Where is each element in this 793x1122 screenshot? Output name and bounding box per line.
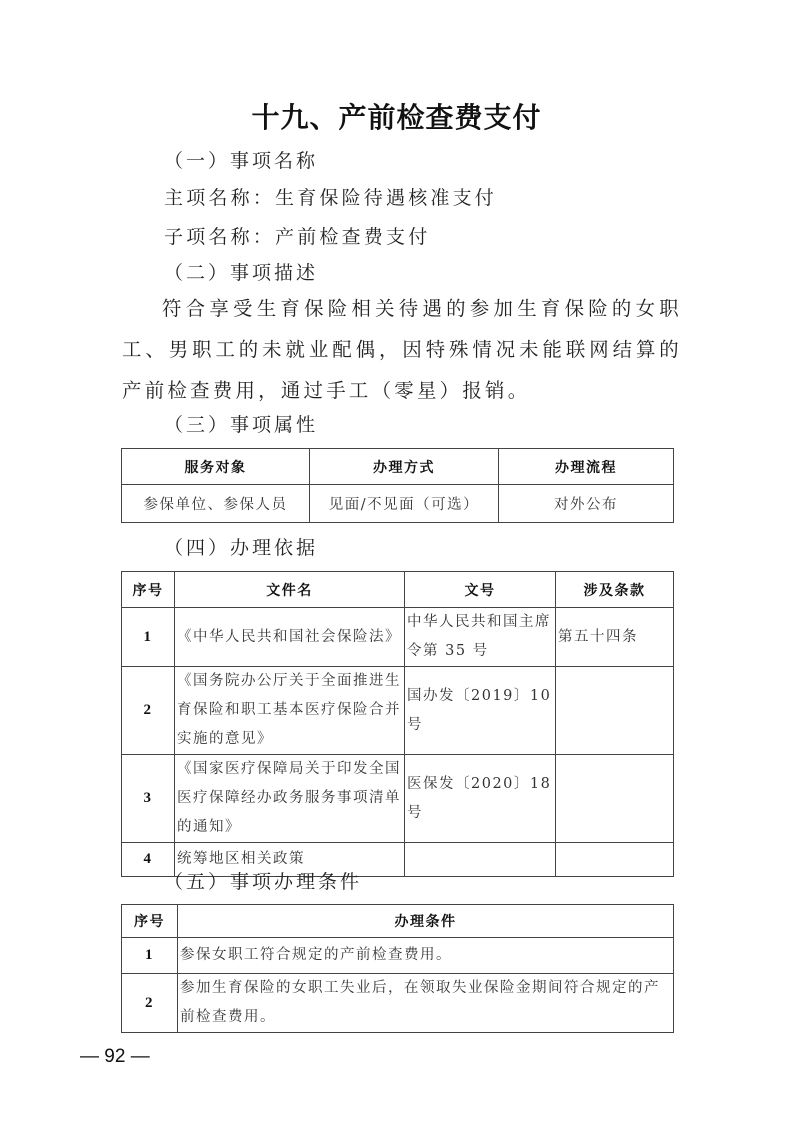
document-name: 《国家医疗保障局关于印发全国医疗保障经办政务服务事项清单的通知》: [175, 755, 405, 843]
section-heading-5: （五）事项办理条件: [164, 867, 362, 894]
table-header: 服务对象: [122, 449, 310, 485]
table-cell: 参保单位、参保人员: [122, 485, 310, 523]
clause: [556, 667, 674, 755]
table-row: 1 参保女职工符合规定的产前检查费用。: [122, 938, 674, 974]
document-number: 医保发〔2020〕18 号: [405, 755, 556, 843]
row-number: 3: [122, 755, 175, 843]
main-item-name: 主项名称：生育保险待遇核准支付: [164, 183, 497, 210]
table-header: 文件名: [175, 572, 405, 608]
condition-text: 参加生育保险的女职工失业后，在领取失业保险金期间符合规定的产前检查费用。: [178, 974, 674, 1033]
page-number: — 92 —: [80, 1046, 150, 1068]
table-header: 办理流程: [499, 449, 674, 485]
document-number: 国办发〔2019〕10 号: [405, 667, 556, 755]
table-header: 办理方式: [310, 449, 499, 485]
table-row: 2 《国务院办公厅关于全面推进生育保险和职工基本医疗保险合并实施的意见》 国办发…: [122, 667, 674, 755]
table-cell: 对外公布: [499, 485, 674, 523]
table-row: 参保单位、参保人员 见面/不见面（可选） 对外公布: [122, 485, 674, 523]
basis-table: 序号 文件名 文号 涉及条款 1 《中华人民共和国社会保险法》 中华人民共和国主…: [121, 571, 674, 877]
row-number: 2: [122, 667, 175, 755]
section-heading-2: （二）事项描述: [164, 258, 318, 285]
page-title: 十九、产前检查费支付: [0, 96, 793, 136]
table-header: 办理条件: [178, 905, 674, 938]
row-number: 1: [122, 938, 178, 974]
row-number: 2: [122, 974, 178, 1033]
clause: 第五十四条: [556, 608, 674, 667]
table-header: 序号: [122, 572, 175, 608]
section-heading-4: （四）办理依据: [164, 533, 318, 560]
attributes-table: 服务对象 办理方式 办理流程 参保单位、参保人员 见面/不见面（可选） 对外公布: [121, 448, 674, 523]
table-row: 1 《中华人民共和国社会保险法》 中华人民共和国主席令第 35 号 第五十四条: [122, 608, 674, 667]
condition-text: 参保女职工符合规定的产前检查费用。: [178, 938, 674, 974]
document-number: [405, 843, 556, 877]
section-heading-1: （一）事项名称: [164, 146, 318, 173]
table-row: 2 参加生育保险的女职工失业后，在领取失业保险金期间符合规定的产前检查费用。: [122, 974, 674, 1033]
table-header: 涉及条款: [556, 572, 674, 608]
document-name: 《中华人民共和国社会保险法》: [175, 608, 405, 667]
sub-item-name: 子项名称：产前检查费支付: [164, 222, 430, 249]
table-cell: 见面/不见面（可选）: [310, 485, 499, 523]
row-number: 1: [122, 608, 175, 667]
table-header: 序号: [122, 905, 178, 938]
clause: [556, 755, 674, 843]
section-heading-3: （三）事项属性: [164, 410, 318, 437]
document-number: 中华人民共和国主席令第 35 号: [405, 608, 556, 667]
table-header: 文号: [405, 572, 556, 608]
document-name: 《国务院办公厅关于全面推进生育保险和职工基本医疗保险合并实施的意见》: [175, 667, 405, 755]
clause: [556, 843, 674, 877]
item-description: 符合享受生育保险相关待遇的参加生育保险的女职工、男职工的未就业配偶，因特殊情况未…: [122, 288, 682, 411]
conditions-table: 序号 办理条件 1 参保女职工符合规定的产前检查费用。 2 参加生育保险的女职工…: [121, 904, 674, 1033]
table-row: 3 《国家医疗保障局关于印发全国医疗保障经办政务服务事项清单的通知》 医保发〔2…: [122, 755, 674, 843]
